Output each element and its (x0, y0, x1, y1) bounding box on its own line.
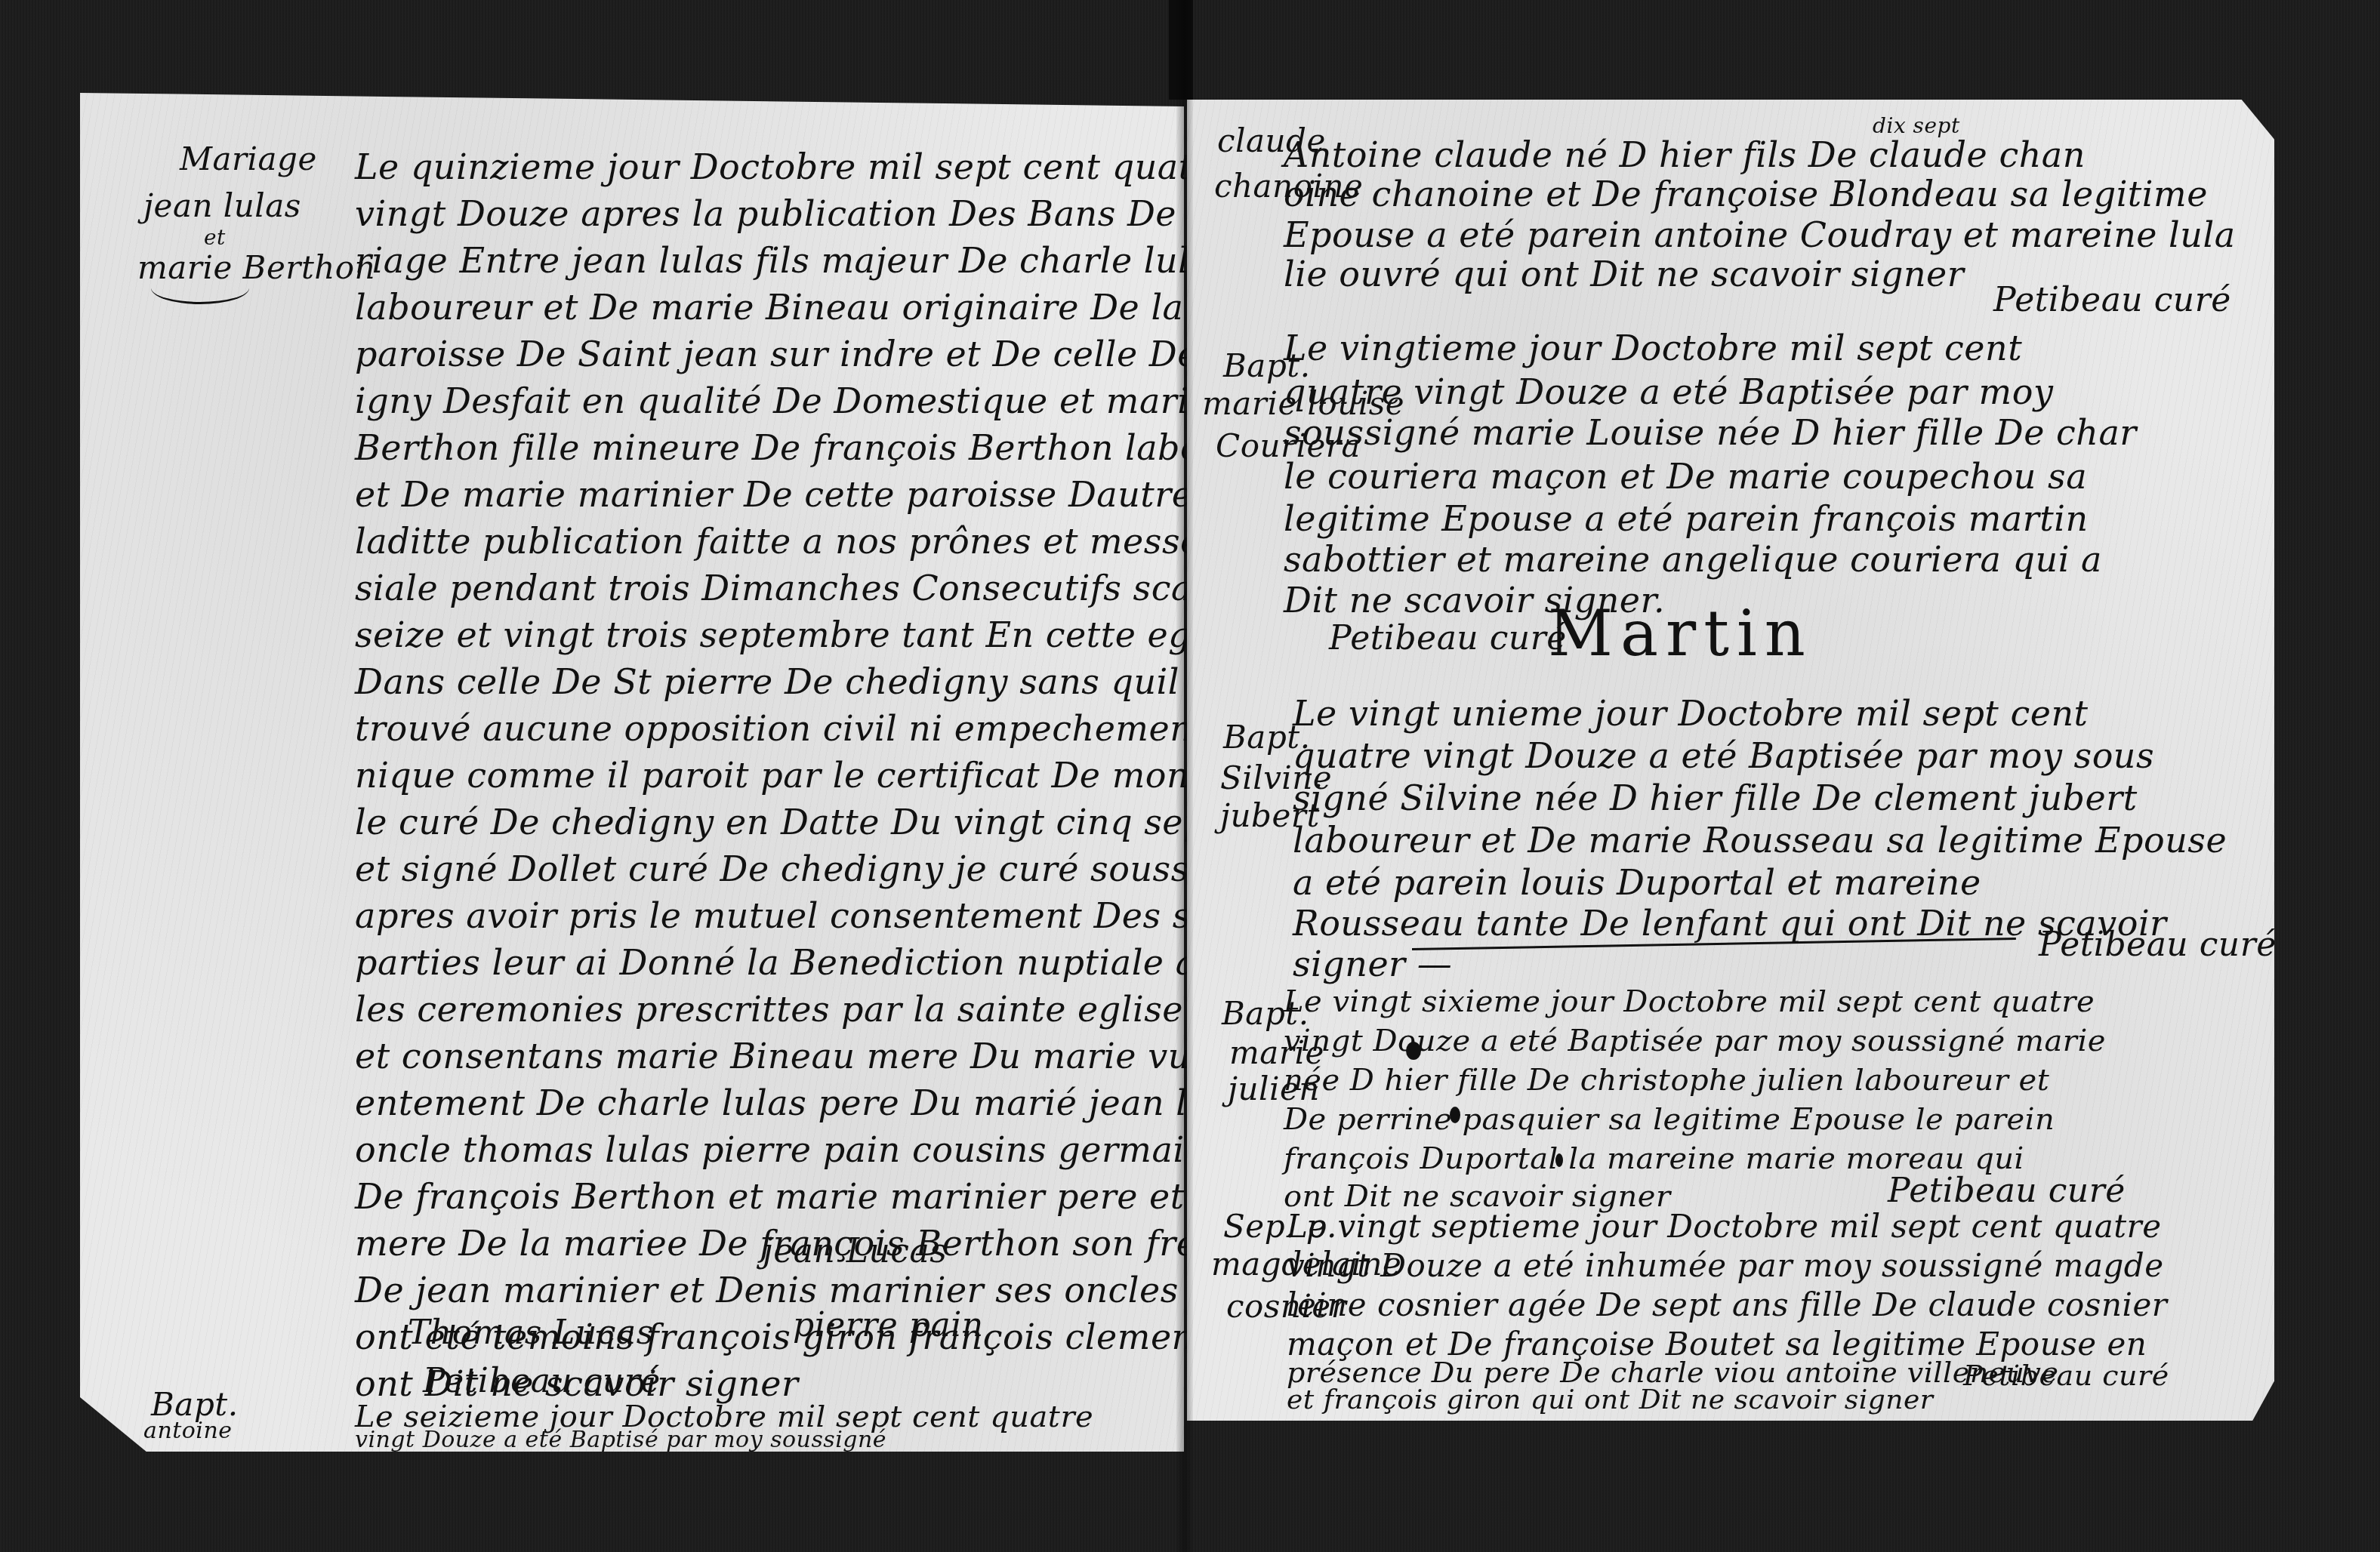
text-line: parties leur ai Donné la Benediction nup… (355, 942, 1257, 983)
margin-note-line: antoine (143, 1418, 233, 1444)
text-line: quatre vingt Douze a eté Baptisée par mo… (1293, 735, 2154, 776)
text-line: oncle thomas lulas pierre pain cousins g… (355, 1129, 1225, 1170)
text-line: paroisse De Saint jean sur indre et De c… (355, 334, 1303, 374)
text-line: De perrine pasquier sa legitime Epouse l… (1284, 1102, 2055, 1137)
margin-note-line: Mariage (180, 140, 317, 177)
text-line: Epouse a eté parein antoine Coudray et m… (1284, 214, 2236, 255)
text-line: et françois giron qui ont Dit ne scavoir… (1287, 1384, 1933, 1415)
text-line: soussigné marie Louise née D hier fille … (1284, 412, 2137, 453)
text-line: De jean marinier et Denis marinier ses o… (355, 1270, 1225, 1310)
signature-petibeau-cure: Petibeau curé (1888, 1172, 2126, 1210)
text-line: et signé Dollet curé De chedigny je curé… (355, 848, 1267, 889)
text-line: De françois Berthon et marie marinier pe… (355, 1176, 1185, 1217)
text-line: et De marie marinier De cette paroisse D… (355, 474, 1279, 515)
signature-thomas-lucas: Thomas Lucas (408, 1313, 654, 1352)
text-line: leine cosnier agée De sept ans fille De … (1287, 1286, 2167, 1323)
text-line: vingt Douze a eté Baptisé par moy soussi… (355, 1427, 886, 1453)
text-line: Dans celle De St pierre De chedigny sans… (355, 661, 1307, 702)
text-line: lie ouvré qui ont Dit ne scavoir signer (1284, 254, 1964, 294)
ink-blot (1555, 1153, 1563, 1167)
text-line: Rousseau tante De lenfant qui ont Dit ne… (1293, 903, 2167, 944)
signature-petibeau-cure: Petibeau curé (2039, 925, 2277, 964)
text-line: laboureur et De marie Rousseau sa legiti… (1293, 820, 2227, 861)
text-line: Le vingt sixieme jour Doctobre mil sept … (1284, 984, 2095, 1019)
text-line: Antoine claude né D hier fils De claude … (1284, 134, 2086, 175)
margin-note-line: et (204, 225, 226, 250)
text-line: née D hier fille De christophe julien la… (1284, 1063, 2049, 1098)
ink-blot (1406, 1042, 1421, 1060)
signature-petibeau-cure: Petibeau curé (1993, 281, 2231, 319)
text-line: riage Entre jean lulas fils majeur De ch… (355, 240, 1229, 281)
text-line: vingt Douze apres la publication Des Ban… (355, 193, 1259, 234)
signature-pierre-pain: pierre pain (793, 1306, 984, 1344)
text-line: quatre vingt Douze a eté Baptisée par mo… (1284, 371, 2053, 412)
text-line: signé Silvine née D hier fille De clemen… (1293, 778, 2138, 818)
text-line: nique comme il paroit par le certificat … (355, 755, 1280, 796)
page-gutter (1176, 0, 1193, 1552)
text-line: Le vingtieme jour Doctobre mil sept cent (1284, 328, 2022, 368)
text-line: sabottier et mareine angelique couriera … (1284, 539, 2102, 580)
signature-petibeau-cure: Petibeau curé (423, 1362, 661, 1400)
text-line: le couriera maçon et De marie coupechou … (1284, 456, 2087, 497)
text-line: oine chanoine et De françoise Blondeau s… (1284, 174, 2208, 214)
margin-note-line: jean lulas (143, 187, 301, 224)
text-line: vingt Douze a eté inhumée par moy soussi… (1287, 1247, 2164, 1284)
signature-jean-lucas: jean Lucas (763, 1232, 947, 1270)
text-line: Berthon fille mineure De françois Bertho… (355, 427, 1302, 468)
text-line: Le vingt septieme jour Doctobre mil sept… (1287, 1208, 2162, 1245)
text-line: trouvé aucune opposition civil ni empech… (355, 708, 1303, 749)
text-line: legitime Epouse a eté parein françois ma… (1284, 498, 2089, 539)
text-line: igny Desfait en qualité De Domestique et… (355, 380, 1210, 421)
text-line: laboureur et De marie Bineau originaire … (355, 287, 1184, 328)
text-line: a eté parein louis Duportal et mareine (1293, 862, 1981, 903)
text-line: Le quinzieme jour Doctobre mil sept cent… (355, 146, 1231, 187)
ink-blot (1450, 1107, 1460, 1123)
text-line: Le vingt unieme jour Doctobre mil sept c… (1293, 693, 2089, 734)
signature-martin: Martin (1548, 596, 1813, 670)
flourish-decoration (151, 272, 249, 304)
text-line: entement De charle lulas pere Du marié j… (355, 1082, 1261, 1123)
signature-petibeau-cure: Petibeau curé (1329, 619, 1567, 657)
signature-petibeau-cure: Petibeau curé (1963, 1359, 2169, 1392)
